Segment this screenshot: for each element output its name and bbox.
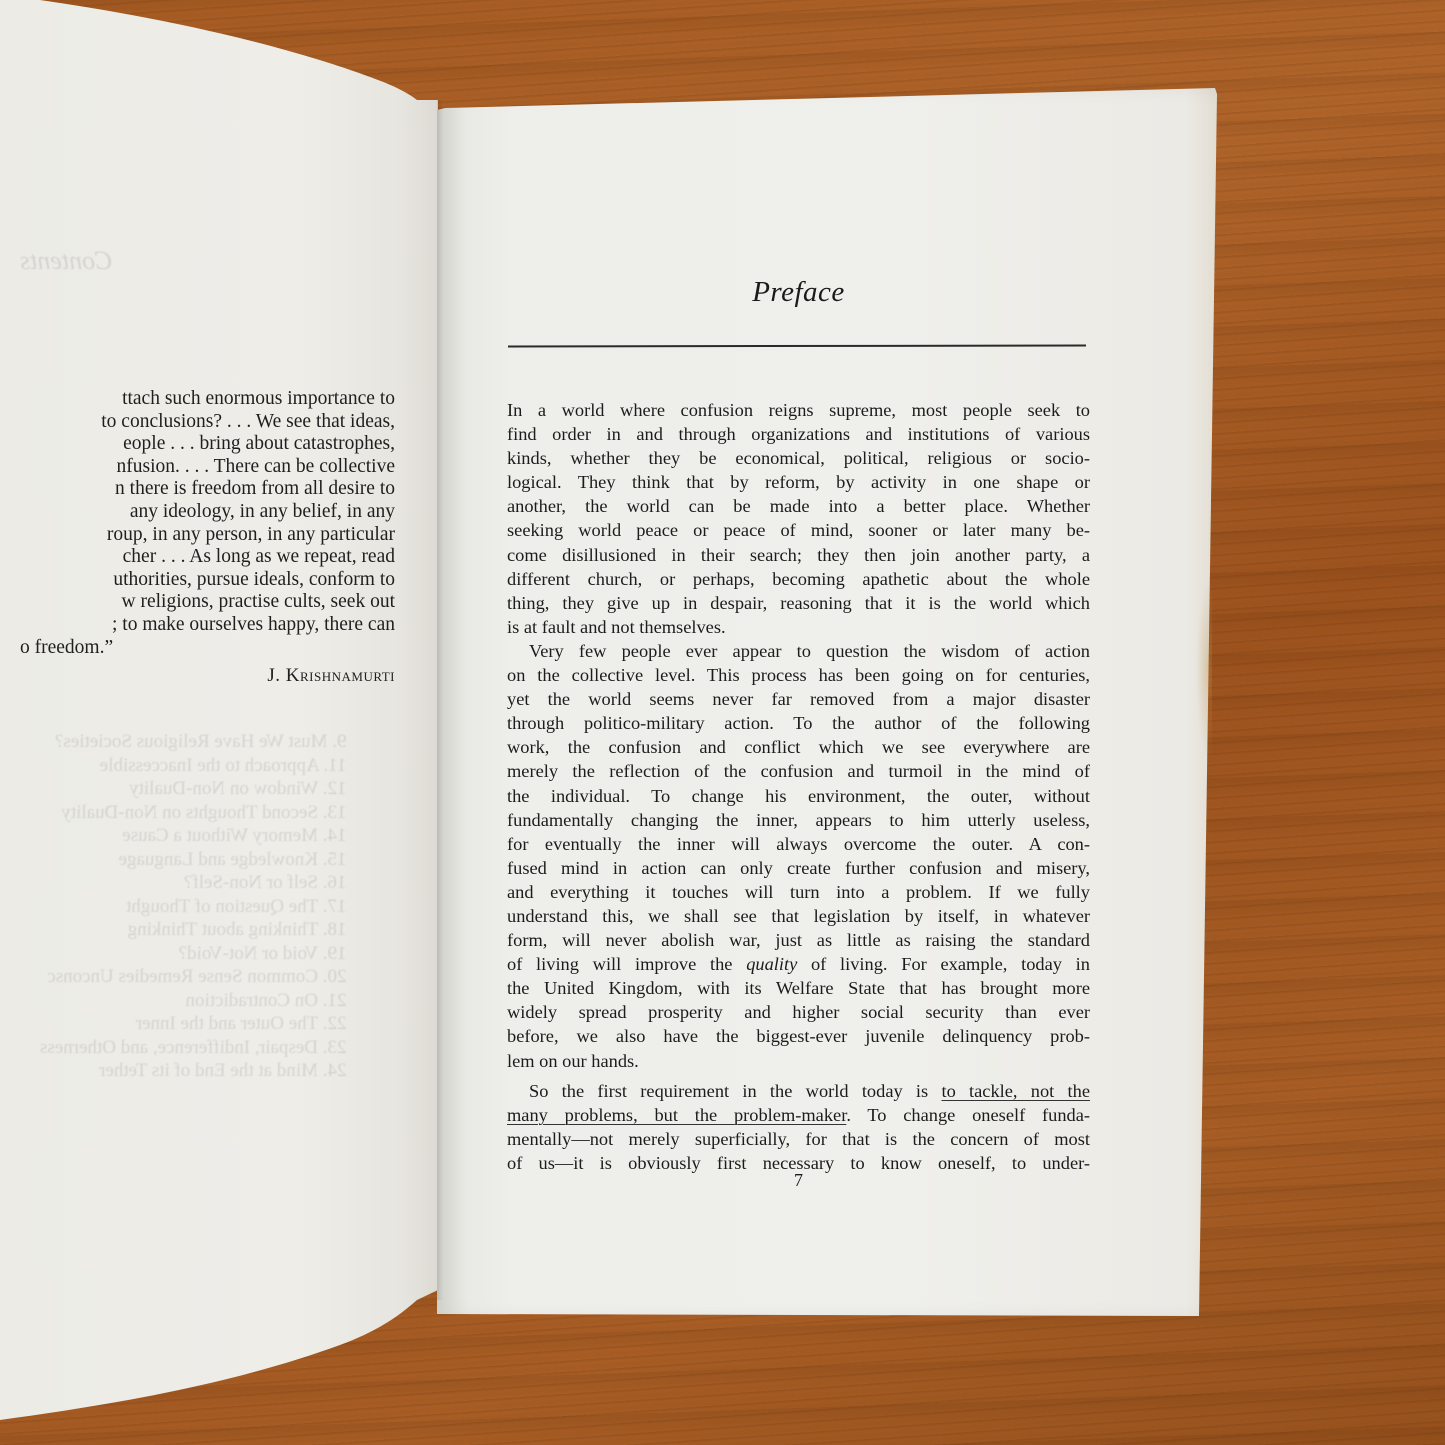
text-line: logical. They think that by reform, by a… — [507, 470, 1090, 494]
text-line: the United Kingdom, with its Welfare Sta… — [507, 976, 1090, 1000]
text-line: mentally—not merely superficially, for t… — [507, 1127, 1090, 1151]
book-gutter — [437, 100, 443, 1300]
text-line: is at fault and not themselves. — [507, 615, 1090, 639]
text-fragment: So the first requirement in the world to… — [529, 1081, 941, 1101]
text-line: work, the confusion and conflict which w… — [507, 735, 1090, 759]
text-line-with-underline: So the first requirement in the world to… — [507, 1079, 1090, 1103]
text-line: yet the world seems never far removed fr… — [507, 687, 1090, 711]
epigraph-line: roup, in any person, in any particular — [20, 524, 395, 547]
text-line: fundamentally changing the inner, appear… — [507, 808, 1090, 832]
text-line: through politico-military action. To the… — [507, 711, 1090, 735]
text-line: lem on our hands. — [507, 1049, 1090, 1073]
epigraph-line: w religions, practise cults, seek out — [20, 591, 395, 614]
text-line: before, we also have the biggest-ever ju… — [507, 1024, 1090, 1048]
epigraph-line: uthorities, pursue ideals, conform to — [20, 569, 395, 592]
epigraph-line: any ideology, in any belief, in any — [20, 501, 395, 524]
epigraph-line: ttach such enormous importance to — [20, 388, 395, 411]
italic-word: quality — [746, 954, 797, 974]
chapter-title: Preface — [507, 276, 1090, 309]
pen-underlined-text: to tackle, not the — [941, 1081, 1090, 1101]
text-line-with-underline: many problems, but the problem-maker. To… — [507, 1103, 1090, 1127]
text-line: form, will never abolish war, just as li… — [507, 928, 1090, 952]
epigraph-line: eople . . . bring about catastrophes, — [20, 433, 395, 456]
text-line: kinds, whether they be economical, polit… — [507, 446, 1090, 470]
text-line: the individual. To change his environmen… — [507, 784, 1090, 808]
text-line: widely spread prosperity and higher soci… — [507, 1000, 1090, 1024]
text-line: fused mind in action can only create fur… — [507, 856, 1090, 880]
text-line: merely the reflection of the confusion a… — [507, 759, 1090, 783]
show-through-texture: Contents — [20, 250, 112, 272]
show-through-texture: 9. Must We Have Religious Societies? 11.… — [40, 730, 346, 1083]
text-line: on the collective level. This process ha… — [507, 663, 1090, 687]
text-line: seeking world peace or peace of mind, so… — [507, 518, 1090, 542]
text-fragment: of living. For example, today in — [797, 954, 1090, 974]
text-line: find order in and through organizations … — [507, 422, 1090, 446]
text-fragment: . To change oneself funda- — [846, 1105, 1090, 1125]
epigraph: ttach such enormous importance to to con… — [20, 388, 395, 688]
text-line: Very few people ever appear to question … — [507, 639, 1090, 663]
text-line: different church, or perhaps, becoming a… — [507, 567, 1090, 591]
foxing-stain — [1196, 580, 1212, 760]
page-number: 7 — [507, 1170, 1090, 1191]
text-line: for eventually the inner will always ove… — [507, 832, 1090, 856]
epigraph-line: ; to make ourselves happy, there can — [20, 614, 395, 637]
attribution-surname: rishnamurti — [300, 665, 395, 686]
epigraph-line: o freedom.” — [20, 637, 395, 660]
preface-body: In a world where confusion reigns suprem… — [507, 398, 1090, 1175]
text-line: come disillusioned in their search; they… — [507, 543, 1090, 567]
left-page — [0, 0, 438, 1445]
text-line: another, the world can be made into a be… — [507, 494, 1090, 518]
text-fragment: of living will improve the — [507, 954, 746, 974]
pen-underlined-text: many problems, but the problem-maker — [507, 1105, 846, 1125]
text-line: thing, they give up in despair, reasonin… — [507, 591, 1090, 615]
epigraph-line: n there is freedom from all desire to — [20, 478, 395, 501]
epigraph-line: to conclusions? . . . We see that ideas, — [20, 411, 395, 434]
text-line: and everything it touches will turn into… — [507, 880, 1090, 904]
text-line: In a world where confusion reigns suprem… — [507, 398, 1090, 422]
epigraph-line: nfusion. . . . There can be collective — [20, 456, 395, 479]
epigraph-attribution: J. Krishnamurti — [20, 665, 395, 688]
text-line: understand this, we shall see that legis… — [507, 904, 1090, 928]
text-line-with-italic: of living will improve the quality of li… — [507, 952, 1090, 976]
epigraph-line: cher . . . As long as we repeat, read — [20, 546, 395, 569]
attribution-initial: J. K — [267, 665, 300, 686]
